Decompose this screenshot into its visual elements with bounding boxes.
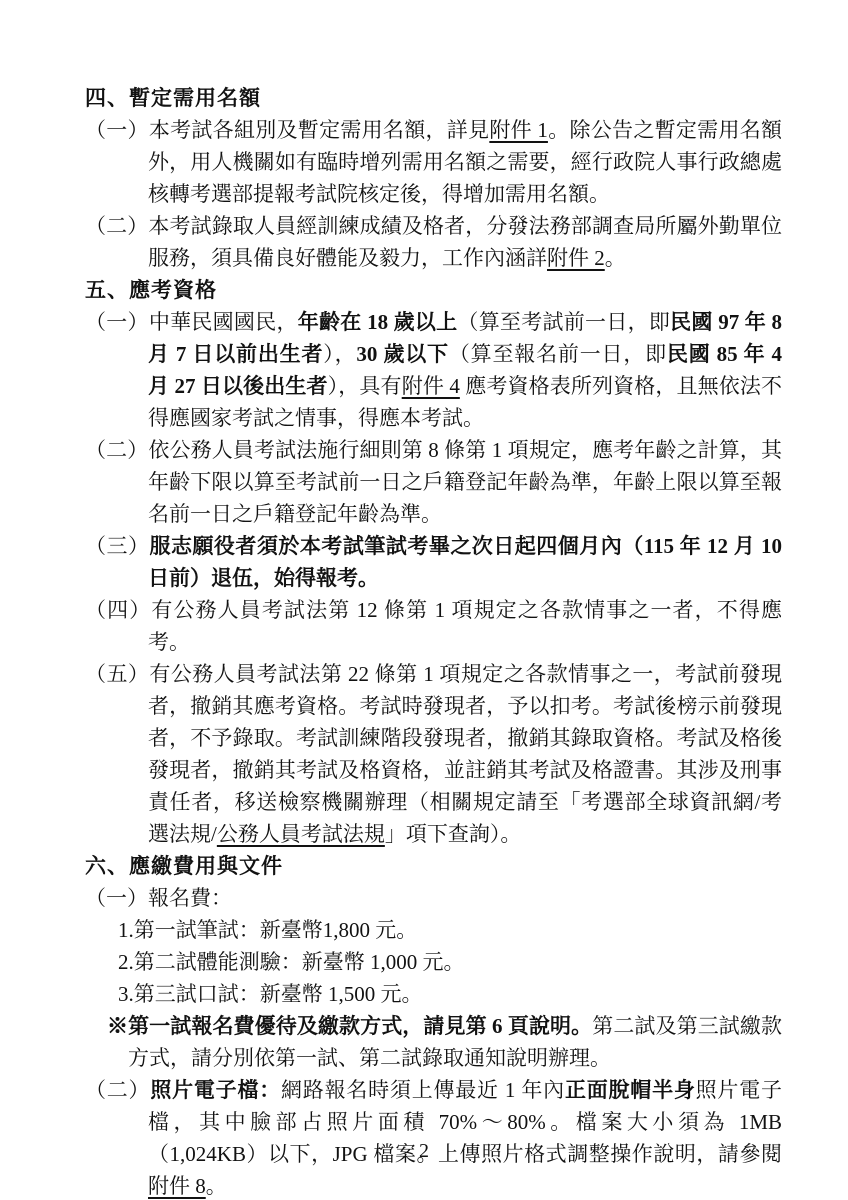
text-run: 。 — [206, 1174, 227, 1198]
text-run: ※第一試報名費優待及繳款方式，請見第 6 頁說明。 — [107, 1014, 592, 1038]
subitem-text: 2.第二試體能測驗：新臺幣 1,000 元。 — [118, 950, 465, 974]
fee-note: ※第一試報名費優待及繳款方式，請見第 6 頁說明。第二試及第三試繳款方式，請分別… — [107, 1010, 782, 1074]
attachment-reference: 公務人員考試法規 — [217, 822, 385, 846]
item-marker: （二） — [85, 1078, 150, 1102]
item-text: 本考試錄取人員經訓練成績及格者，分發法務部調查局所屬外勤單位服務，須具備良好體能… — [148, 214, 782, 270]
attachment-reference: 附件 1 — [489, 118, 548, 142]
page-number: 2 — [0, 1140, 848, 1163]
section-heading-4: 四、暫定需用名額 — [85, 82, 782, 114]
item-text: 報名費： — [148, 886, 232, 910]
item-marker: （三） — [85, 534, 149, 558]
list-item-5-5: （五）有公務人員考試法第 22 條第 1 項規定之各款情事之一，考試前發現者，撤… — [85, 658, 782, 850]
item-marker: （一） — [85, 886, 148, 910]
text-run: 正面脫帽半身 — [565, 1078, 696, 1102]
item-marker: （五） — [85, 662, 149, 686]
item-text: 依公務人員考試法施行細則第 8 條第 1 項規定，應考年齡之計算，其年齡下限以算… — [148, 438, 782, 526]
text-run: 1.第一試筆試：新臺幣1,800 元。 — [118, 918, 417, 942]
document-body: 四、暫定需用名額 （一）本考試各組別及暫定需用名額，詳見附件 1。除公告之暫定需… — [85, 82, 782, 1200]
list-item-5-1: （一）中華民國國民，年齡在 18 歲以上（算至考試前一日，即民國 97 年 8 … — [85, 306, 782, 434]
attachment-reference: 附件 2 — [547, 246, 605, 270]
text-run: 本考試錄取人員經訓練成績及格者，分發法務部調查局所屬外勤單位服務，須具備良好體能… — [148, 214, 782, 270]
text-run: 有公務人員考試法第 22 條第 1 項規定之各款情事之一，考試前發現者，撤銷其應… — [148, 662, 782, 846]
item-text: 有公務人員考試法第 22 條第 1 項規定之各款情事之一，考試前發現者，撤銷其應… — [148, 662, 782, 846]
list-item-5-3: （三）服志願役者須於本考試筆試考畢之次日起四個月內（115 年 12 月 10 … — [85, 530, 782, 594]
list-item-6-2: （二）照片電子檔：網路報名時須上傳最近 1 年內正面脫帽半身照片電子檔，其中臉部… — [85, 1074, 782, 1200]
item-marker: （一） — [85, 118, 149, 142]
list-item-5-4: （四）有公務人員考試法第 12 條第 1 項規定之各款情事之一者，不得應考。 — [85, 594, 782, 658]
text-run: 照片電子檔： — [150, 1078, 281, 1102]
section-heading-6: 六、應繳費用與文件 — [85, 850, 782, 882]
document-page: 四、暫定需用名額 （一）本考試各組別及暫定需用名額，詳見附件 1。除公告之暫定需… — [0, 0, 848, 1200]
text-run: 2.第二試體能測驗：新臺幣 1,000 元。 — [118, 950, 465, 974]
text-run: （算至報名前一日，即 — [449, 342, 667, 366]
text-run: 3.第三試口試：新臺幣 1,500 元。 — [118, 982, 423, 1006]
list-item-5-2: （二）依公務人員考試法施行細則第 8 條第 1 項規定，應考年齡之計算，其年齡下… — [85, 434, 782, 530]
item-marker: （一） — [85, 310, 149, 334]
item-marker: （二） — [85, 214, 148, 238]
fee-subitem-3: 3.第三試口試：新臺幣 1,500 元。 — [118, 978, 782, 1010]
attachment-reference: 附件 8 — [148, 1174, 206, 1198]
item-text: 本考試各組別及暫定需用名額，詳見附件 1。除公告之暫定需用名額外，用人機關如有臨… — [148, 118, 782, 206]
list-item-4-2: （二）本考試錄取人員經訓練成績及格者，分發法務部調查局所屬外勤單位服務，須具備良… — [85, 210, 782, 274]
item-text: 有公務人員考試法第 12 條第 1 項規定之各款情事之一者，不得應考。 — [148, 598, 782, 654]
text-run: 服志願役者須於本考試筆試考畢之次日起四個月內（115 年 12 月 10 日前）… — [148, 534, 782, 590]
text-run: 本考試各組別及暫定需用名額，詳見 — [149, 118, 489, 142]
list-item-4-1: （一）本考試各組別及暫定需用名額，詳見附件 1。除公告之暫定需用名額外，用人機關… — [85, 114, 782, 210]
text-run: 有公務人員考試法第 12 條第 1 項規定之各款情事之一者，不得應考。 — [148, 598, 782, 654]
text-run: ）， — [323, 342, 356, 366]
text-run: 年齡在 18 歲以上 — [298, 310, 458, 334]
item-text: 中華民國國民，年齡在 18 歲以上（算至考試前一日，即民國 97 年 8 月 7… — [148, 310, 782, 430]
subitem-text: 3.第三試口試：新臺幣 1,500 元。 — [118, 982, 423, 1006]
text-run: 」項下查詢）。 — [385, 822, 522, 846]
list-item-6-1: （一）報名費： — [85, 882, 782, 914]
note-text: ※第一試報名費優待及繳款方式，請見第 6 頁說明。第二試及第三試繳款方式，請分別… — [107, 1014, 782, 1070]
section-heading-5: 五、應考資格 — [85, 274, 782, 306]
text-run: 報名費： — [148, 886, 232, 910]
text-run: 依公務人員考試法施行細則第 8 條第 1 項規定，應考年齡之計算，其年齡下限以算… — [148, 438, 782, 526]
text-run: 中華民國國民， — [149, 310, 298, 334]
text-run: （算至考試前一日，即 — [457, 310, 670, 334]
item-text: 服志願役者須於本考試筆試考畢之次日起四個月內（115 年 12 月 10 日前）… — [148, 534, 782, 590]
item-marker: （二） — [85, 438, 148, 462]
item-marker: （四） — [85, 598, 151, 622]
text-run: ），具有 — [328, 374, 402, 398]
attachment-reference: 附件 4 — [402, 374, 460, 398]
text-run: 30 歲以下 — [356, 342, 448, 366]
fee-subitem-1: 1.第一試筆試：新臺幣1,800 元。 — [118, 914, 782, 946]
fee-subitem-2: 2.第二試體能測驗：新臺幣 1,000 元。 — [118, 946, 782, 978]
item-text: 照片電子檔：網路報名時須上傳最近 1 年內正面脫帽半身照片電子檔，其中臉部占照片… — [148, 1078, 782, 1198]
text-run: 。 — [605, 246, 626, 270]
subitem-text: 1.第一試筆試：新臺幣1,800 元。 — [118, 918, 417, 942]
text-run: 網路報名時須上傳最近 1 年內 — [281, 1078, 565, 1102]
